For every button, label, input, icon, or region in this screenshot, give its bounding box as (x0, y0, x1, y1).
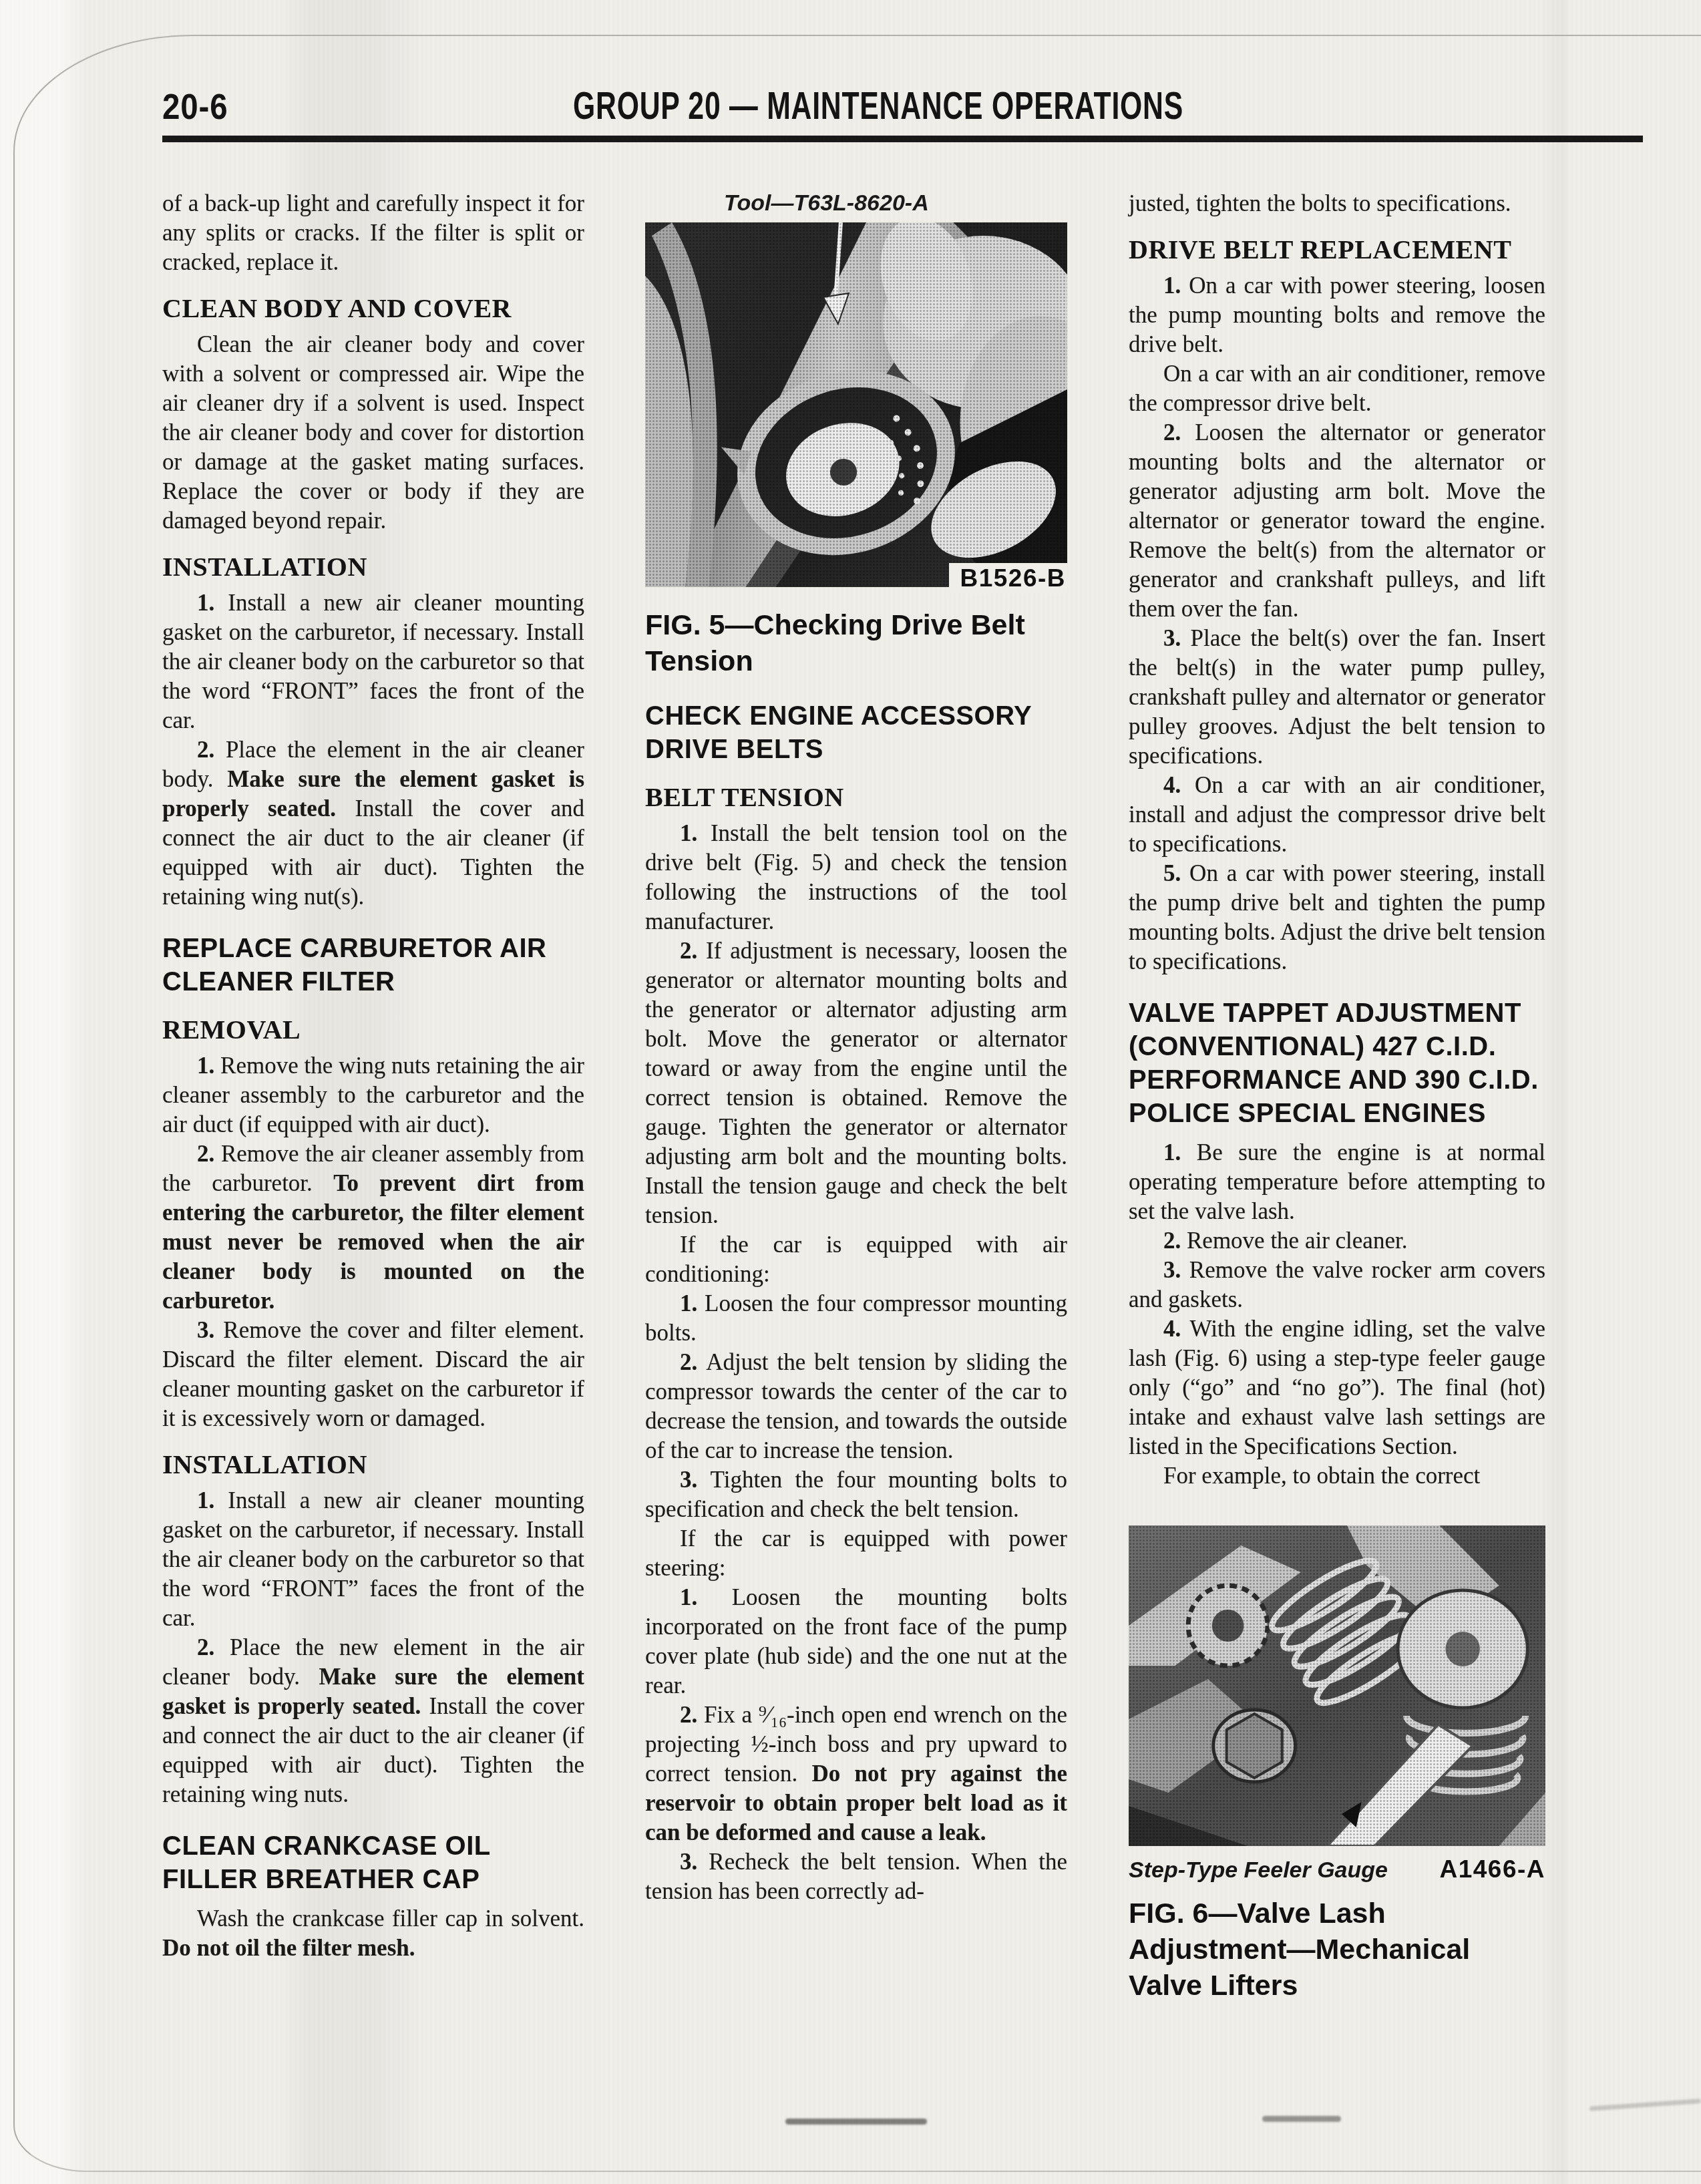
section-heading-serif: REMOVAL (162, 1015, 584, 1045)
paragraph: 2. Remove the air cleaner assembly from … (162, 1139, 584, 1316)
figure-caption: FIG. 6—Valve Lash Adjustment—Mechanical … (1129, 1895, 1545, 2004)
manual-page-scan: 20-6 GROUP 20 — MAINTENANCE OPERATIONS o… (0, 0, 1701, 2184)
body-text: With the engine idling, set the valve la… (1129, 1316, 1545, 1459)
paragraph: 1. Loosen the mounting bolts incorporate… (645, 1583, 1067, 1700)
paragraph: 2. Fix a ⁹⁄₁₆-inch open end wrench on th… (645, 1700, 1067, 1847)
bold-text: 2. (1163, 1228, 1187, 1254)
section-heading-serif: BELT TENSION (645, 782, 1067, 813)
paragraph: 3. Place the belt(s) over the fan. Inser… (1129, 624, 1545, 771)
bold-text: 4. (1163, 772, 1195, 798)
paragraph: 2. Place the element in the air cleaner … (162, 735, 584, 912)
paragraph: 1. Loosen the four compressor mounting b… (645, 1289, 1067, 1348)
bold-text: 1. (197, 590, 228, 616)
body-text: If the car is equipped with air conditio… (645, 1232, 1067, 1287)
figure-5: Tool—T63L-8620-A (645, 189, 1067, 679)
paragraph: 3. Remove the cover and filter element. … (162, 1316, 584, 1433)
bold-text: 3. (1163, 1257, 1189, 1283)
drive-belt-photo-art (645, 222, 1067, 587)
paragraph: Wash the crankcase filler cap in solvent… (162, 1904, 584, 1963)
section-heading-serif: CLEAN BODY AND COVER (162, 293, 584, 324)
column-middle: Tool—T63L-8620-A (645, 189, 1067, 1906)
bold-text: 5. (1163, 860, 1189, 886)
bold-text: 1. (680, 1584, 732, 1610)
bold-text: 2. (680, 938, 706, 964)
section-heading-serif: DRIVE BELT REPLACEMENT (1129, 234, 1545, 265)
body-text: If adjustment is necessary, loosen the g… (645, 938, 1067, 1228)
column-left: of a back-up light and carefully inspect… (162, 189, 584, 1963)
bold-text: 1. (197, 1487, 228, 1513)
paragraph: 3. Remove the valve rocker arm covers an… (1129, 1256, 1545, 1314)
body-text: Wash the crankcase filler cap in solvent… (197, 1905, 584, 1932)
bold-text: 2. (197, 737, 226, 763)
body-text: On a car with power steering, install th… (1129, 860, 1545, 974)
section-heading-serif: INSTALLATION (162, 552, 584, 582)
page-number: 20-6 (162, 88, 228, 126)
bold-text: 3. (197, 1317, 223, 1343)
fig6-photo-wrap (1129, 1525, 1545, 1846)
bold-text: 2. (680, 1702, 704, 1728)
bold-text: 3. (680, 1467, 711, 1493)
paragraph: 2. Place the new element in the air clea… (162, 1633, 584, 1809)
fig6-gauge-label: Step-Type Feeler Gauge (1129, 1857, 1388, 1883)
bold-text: 2. (1163, 419, 1195, 445)
body-text: Clean the air cleaner body and cover wit… (162, 331, 584, 534)
bold-text: 1. (680, 820, 711, 846)
paragraph: 2. Loosen the alternator or generator mo… (1129, 418, 1545, 624)
bold-text: 1. (1163, 1139, 1197, 1165)
section-heading-serif: INSTALLATION (162, 1449, 584, 1480)
paragraph: For example, to obtain the correct (1129, 1461, 1545, 1491)
paragraph: On a car with an air conditioner, remove… (1129, 359, 1545, 418)
paragraph: 3. Tighten the four mounting bolts to sp… (645, 1465, 1067, 1524)
fig5-photo (645, 222, 1067, 587)
fig6-photo (1129, 1525, 1545, 1846)
scan-smudge (1589, 2099, 1701, 2111)
bold-text: 3. (1163, 625, 1191, 651)
figure-6: Step-Type Feeler GaugeA1466-AFIG. 6—Valv… (1129, 1525, 1545, 2004)
body-text: Place the belt(s) over the fan. Insert t… (1129, 625, 1545, 769)
section-heading-sans: CLEAN CRANKCASE OIL FILLER BREATHER CAP (162, 1829, 584, 1896)
section-heading-sans: CHECK ENGINE ACCESSORY DRIVE BELTS (645, 699, 1067, 766)
figure-caption: FIG. 5—Checking Drive Belt Tension (645, 607, 1067, 679)
body-text: Loosen the alternator or generator mount… (1129, 419, 1545, 622)
bold-text: 4. (1163, 1316, 1190, 1342)
body-text: Adjust the belt tension by sliding the c… (645, 1349, 1067, 1463)
section-heading-sans: VALVE TAPPET ADJUSTMENT (CONVENTIONAL) 4… (1129, 996, 1545, 1130)
fig5-photo-wrap: B1526-B (645, 222, 1067, 587)
bold-text: 1. (680, 1290, 705, 1316)
body-text: Loosen the four compressor mounting bolt… (645, 1290, 1067, 1346)
bold-text: 2. (680, 1349, 706, 1375)
paragraph: Clean the air cleaner body and cover wit… (162, 330, 584, 536)
column-right: justed, tighten the bolts to specificati… (1129, 189, 1545, 2004)
figure-code: A1466-A (1439, 1855, 1545, 1883)
body-text: Remove the wing nuts retaining the air c… (162, 1053, 584, 1137)
body-text: For example, to obtain the correct (1163, 1463, 1480, 1489)
body-text: On a car with power steering, loosen the… (1129, 272, 1545, 357)
paragraph: 4. On a car with an air conditioner, ins… (1129, 771, 1545, 859)
bold-text: 3. (680, 1849, 709, 1875)
body-text: Recheck the belt tension. When the tensi… (645, 1849, 1067, 1904)
body-text: Remove the cover and filter element. Dis… (162, 1317, 584, 1431)
bold-text: 1. (197, 1053, 220, 1079)
body-text: If the car is equipped with power steeri… (645, 1525, 1067, 1581)
section-heading-sans: REPLACE CARBURETOR AIR CLEANER FILTER (162, 932, 584, 998)
paragraph: 5. On a car with power steering, install… (1129, 859, 1545, 976)
bold-text: 2. (197, 1141, 221, 1167)
paragraph: 1. Install a new air cleaner mounting ga… (162, 588, 584, 735)
paragraph: 1. Remove the wing nuts retaining the ai… (162, 1051, 584, 1139)
fig5-tool-label: Tool—T63L-8620-A (645, 189, 1067, 217)
bold-text: Do not oil the filter mesh. (162, 1935, 415, 1961)
paragraph: 1. On a car with power steering, loosen … (1129, 271, 1545, 359)
paragraph: of a back-up light and carefully inspect… (162, 189, 584, 277)
figure-code: B1526-B (949, 563, 1067, 594)
valve-lash-photo-art (1129, 1525, 1545, 1846)
body-text: of a back-up light and carefully inspect… (162, 190, 584, 275)
paragraph: If the car is equipped with power steeri… (645, 1524, 1067, 1583)
body-text: On a car with an air conditioner, remove… (1129, 361, 1545, 416)
bold-text: 1. (1163, 272, 1189, 299)
scan-smudge (1262, 2116, 1341, 2122)
bold-text: 2. (197, 1634, 230, 1660)
paragraph: 3. Recheck the belt tension. When the te… (645, 1847, 1067, 1906)
paragraph: justed, tighten the bolts to specificati… (1129, 189, 1545, 218)
paragraph: If the car is equipped with air conditio… (645, 1230, 1067, 1289)
paragraph: 2. Remove the air cleaner. (1129, 1226, 1545, 1256)
body-text: justed, tighten the bolts to specificati… (1129, 190, 1511, 216)
paragraph: 1. Install a new air cleaner mounting ga… (162, 1486, 584, 1633)
page-title: GROUP 20 — MAINTENANCE OPERATIONS (573, 87, 1183, 126)
paragraph: 4. With the engine idling, set the valve… (1129, 1314, 1545, 1461)
body-text: Remove the valve rocker arm covers and g… (1129, 1257, 1545, 1312)
body-text: Remove the air cleaner. (1187, 1228, 1407, 1254)
header-rule (162, 136, 1643, 142)
paragraph: 1. Install the belt tension tool on the … (645, 819, 1067, 936)
scan-smudge (785, 2119, 927, 2125)
paragraph: 2. Adjust the belt tension by sliding th… (645, 1348, 1067, 1465)
paragraph: 1. Be sure the engine is at normal opera… (1129, 1138, 1545, 1226)
paragraph: 2. If adjustment is necessary, loosen th… (645, 936, 1067, 1230)
fig6-label-row: Step-Type Feeler GaugeA1466-A (1129, 1855, 1545, 1883)
